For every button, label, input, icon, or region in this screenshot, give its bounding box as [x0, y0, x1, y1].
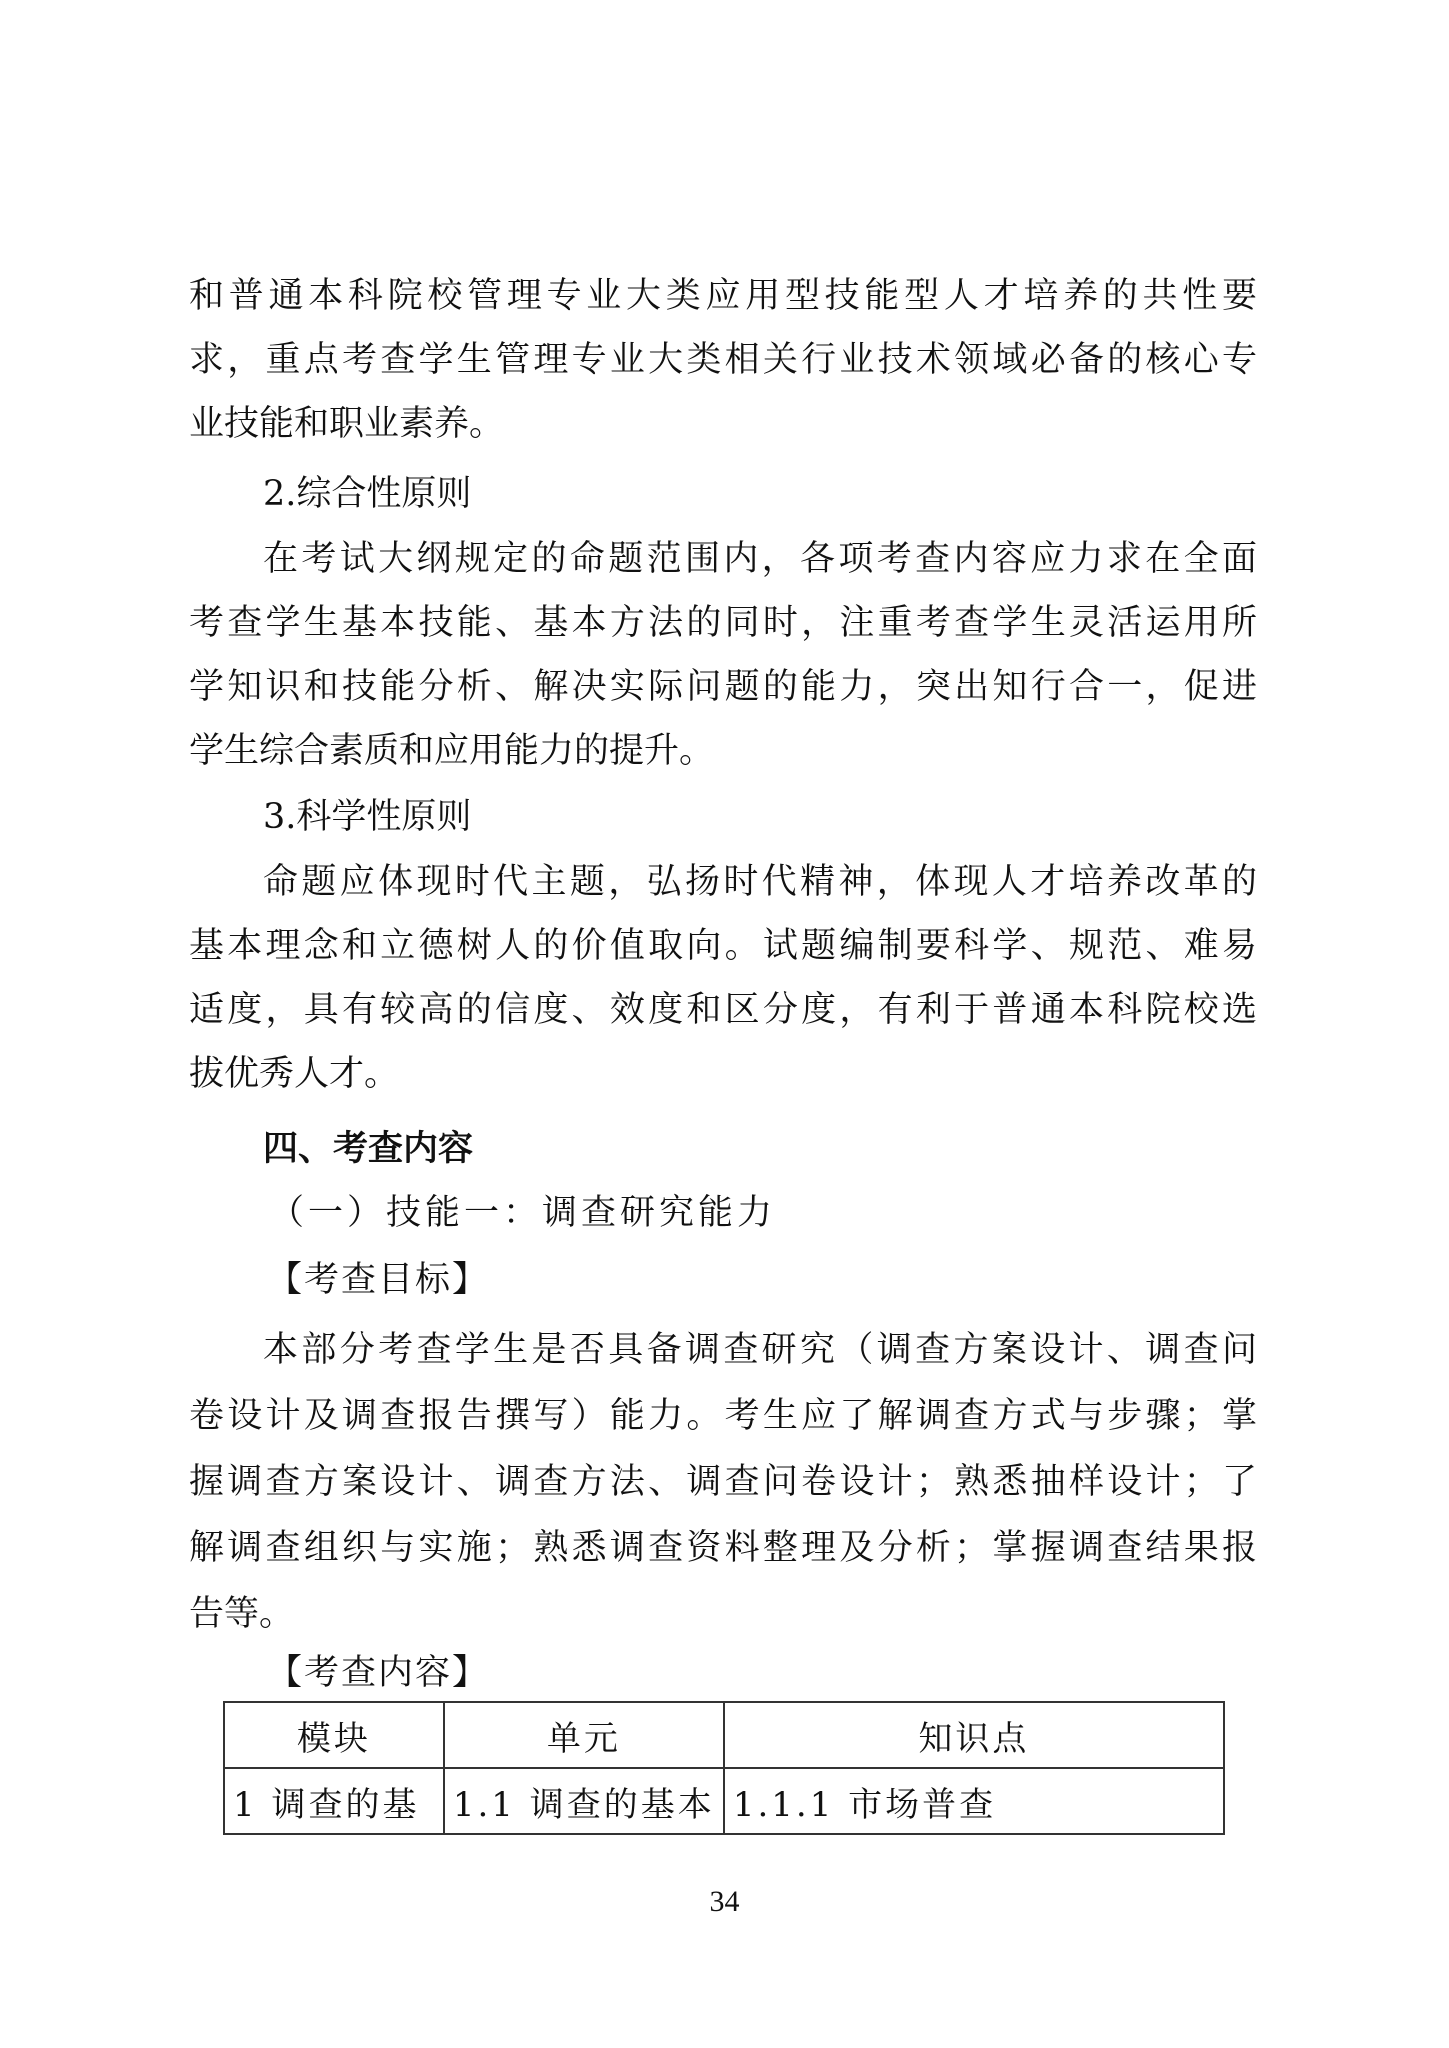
goal-label: 【考查目标】 [267, 1248, 489, 1312]
text-line: 基本理念和立德树人的价值取向。试题编制要科学、规范、难易 [189, 914, 1257, 978]
text-line: 学知识和技能分析、解决实际问题的能力，突出知行合一，促进 [189, 655, 1257, 719]
header-module: 模块 [224, 1702, 444, 1768]
content-table: 模块 单元 知识点 1 调查的基 1.1 调查的基本 1.1.1 市场普查 [223, 1701, 1225, 1835]
header-knowledge-point: 知识点 [724, 1702, 1224, 1768]
text-line: 握调查方案设计、调查方法、调查问卷设计；熟悉抽样设计；了 [189, 1450, 1257, 1514]
principle-heading: 3.科学性原则 [263, 785, 471, 849]
text-line: 本部分考查学生是否具备调查研究（调查方案设计、调查问 [263, 1318, 1257, 1382]
document-page: 和普通本科院校管理专业大类应用型技能型人才培养的共性要 求，重点考查学生管理专业… [0, 0, 1449, 2048]
cell-knowledge-point: 1.1.1 市场普查 [724, 1768, 1224, 1834]
table-row: 1 调查的基 1.1 调查的基本 1.1.1 市场普查 [224, 1768, 1224, 1834]
cell-unit: 1.1 调查的基本 [444, 1768, 724, 1834]
text-line: 学生综合素质和应用能力的提升。 [189, 719, 714, 783]
text-line: 命题应体现时代主题，弘扬时代精神，体现人才培养改革的 [263, 850, 1257, 914]
principle-heading: 2.综合性原则 [263, 462, 471, 526]
text-line: 在考试大纲规定的命题范围内，各项考查内容应力求在全面 [263, 527, 1257, 591]
text-line: 和普通本科院校管理专业大类应用型技能型人才培养的共性要 [189, 264, 1257, 328]
text-line: 拔优秀人才。 [189, 1042, 399, 1106]
header-unit: 单元 [444, 1702, 724, 1768]
text-line: 解调查组织与实施；熟悉调查资料整理及分析；掌握调查结果报 [189, 1516, 1257, 1580]
text-line: 考查学生基本技能、基本方法的同时，注重考查学生灵活运用所 [189, 591, 1257, 655]
section-heading: 四、考查内容 [263, 1117, 473, 1181]
text-line: 告等。 [189, 1582, 294, 1646]
text-line: 求，重点考查学生管理专业大类相关行业技术领域必备的核心专 [189, 328, 1257, 392]
page-number: 34 [0, 1885, 1449, 1919]
table-header-row: 模块 单元 知识点 [224, 1702, 1224, 1768]
text-line: 业技能和职业素养。 [189, 392, 504, 456]
content-label: 【考查内容】 [267, 1641, 489, 1705]
text-line: 卷设计及调查报告撰写）能力。考生应了解调查方式与步骤；掌 [189, 1384, 1257, 1448]
text-line: 适度，具有较高的信度、效度和区分度，有利于普通本科院校选 [189, 978, 1257, 1042]
cell-module: 1 调查的基 [224, 1768, 444, 1834]
subsection-heading: （一）技能一：调查研究能力 [269, 1181, 776, 1245]
